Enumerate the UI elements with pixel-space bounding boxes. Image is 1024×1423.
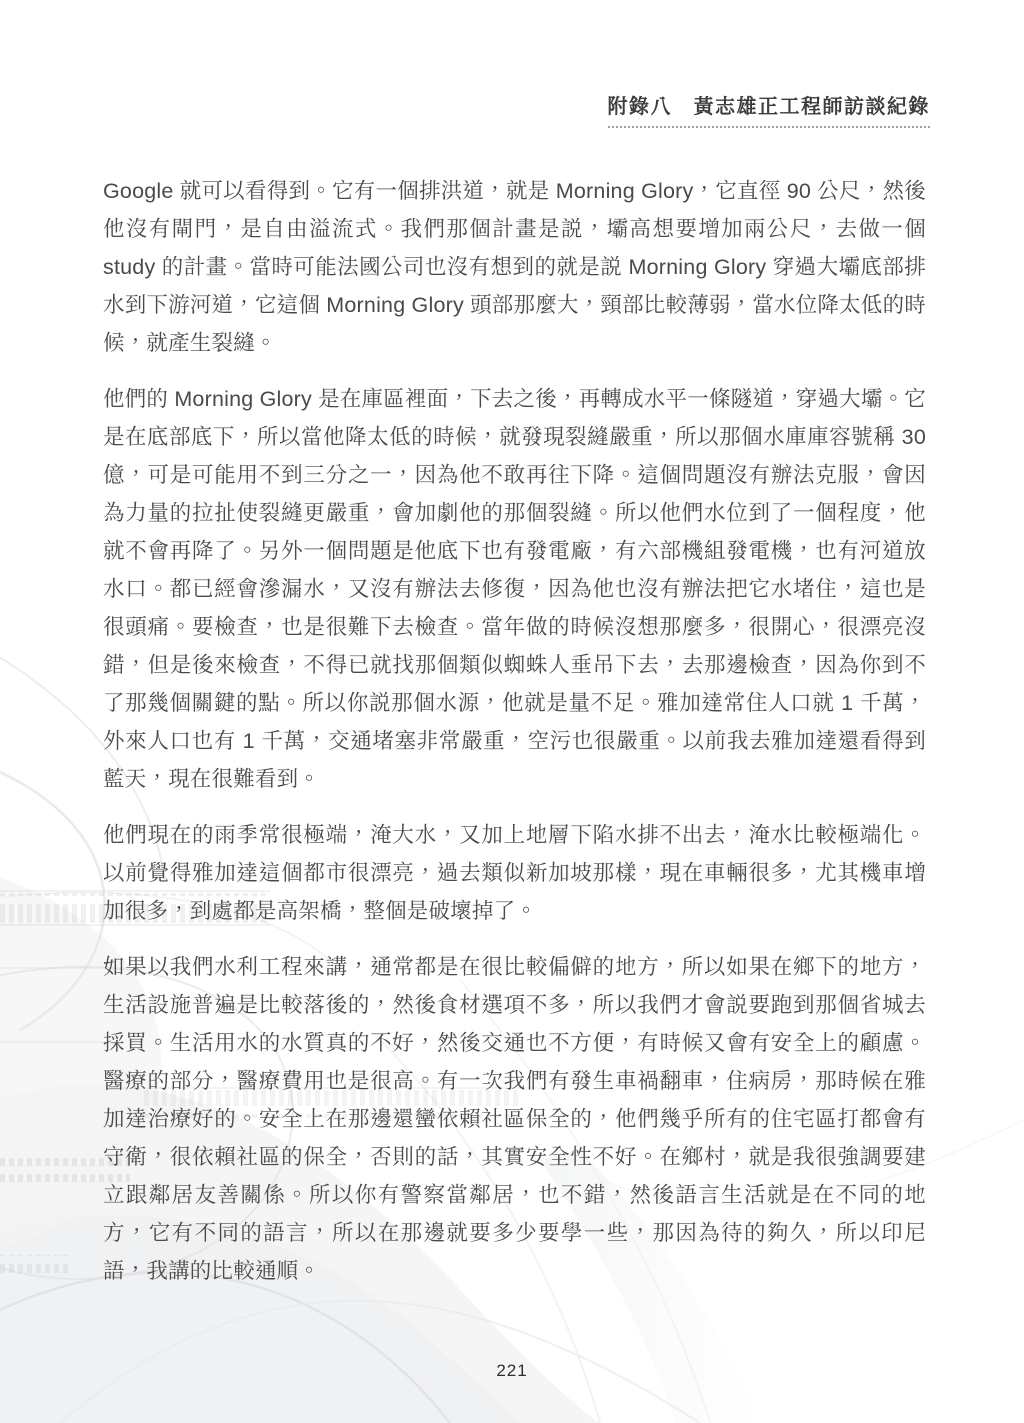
page-header-title: 附錄八 黃志雄正工程師訪談紀錄 [608,90,931,128]
document-page: 附錄八 黃志雄正工程師訪談紀錄 Google 就可以看得到。它有一個排洪道，就是… [0,0,1024,1423]
page-number: 221 [496,1361,527,1380]
page-footer: 221 [0,1361,1024,1381]
paragraph: 他們現在的雨季常很極端，淹大水，又加上地層下陷水排不出去，淹水比較極端化。以前覺… [103,816,926,930]
paragraph: 他們的 Morning Glory 是在庫區裡面，下去之後，再轉成水平一條隧道，… [103,380,926,798]
body-text-block: Google 就可以看得到。它有一個排洪道，就是 Morning Glory，它… [103,172,926,1308]
page-header: 附錄八 黃志雄正工程師訪談紀錄 [608,90,931,128]
paragraph: 如果以我們水利工程來講，通常都是在很比較偏僻的地方，所以如果在鄉下的地方，生活設… [103,948,926,1290]
paragraph: Google 就可以看得到。它有一個排洪道，就是 Morning Glory，它… [103,172,926,362]
